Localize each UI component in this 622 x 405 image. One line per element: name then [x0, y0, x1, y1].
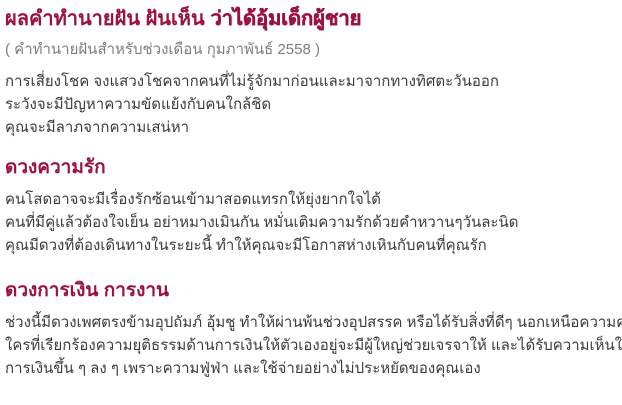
text-line: ใครที่เรียกร้องความยุติธรรมด้านการเงินให… — [5, 334, 616, 357]
text-line: ช่วงนี้มีดวงเพศตรงข้ามอุปถัมภ์ อุ้มชู ทำ… — [5, 311, 616, 334]
text-line: การเสี่ยงโชค จงแสวงโชคจากคนที่ไม่รู้จักม… — [5, 70, 616, 93]
text-line: คุณจะมีลาภจากความเสน่หา — [5, 116, 616, 139]
text-line: การเงินขึ้น ๆ ลง ๆ เพราะความฟู่ฟ่า และใช… — [5, 357, 616, 380]
section-heading-money-work: ดวงการเงิน การงาน — [5, 279, 616, 303]
section-heading-love: ดวงความรัก — [5, 156, 616, 180]
section-general-luck: การเสี่ยงโชค จงแสวงโชคจากคนที่ไม่รู้จักม… — [5, 70, 616, 139]
section-money-work: ช่วงนี้มีดวงเพศตรงข้ามอุปถัมภ์ อุ้มชู ทำ… — [5, 311, 616, 380]
text-line: ระวังจะมีปัญหาความขัดแย้งกับคนใกล้ชิด — [5, 93, 616, 116]
section-love: คนโสดอาจจะมีเรื่องรักซ้อนเข้ามาสอดแทรกให… — [5, 188, 616, 257]
page-title-dream-subject: ว่าได้อุ้มเด็กผู้ชาย — [210, 8, 361, 30]
text-line: คนที่มีคู่แล้วต้องใจเย็น อย่าหมางเมินกัน… — [5, 211, 616, 234]
text-line: คุณมีดวงที่ต้องเดินทางในระยะนี้ ทำให้คุณ… — [5, 234, 616, 257]
page-subtitle: ( คำทำนายฝันสำหรับช่วงเดือน กุมภาพันธ์ 2… — [5, 41, 616, 59]
page-title-prefix: ผลคำทำนายฝัน ฝันเห็น — [5, 8, 205, 30]
dream-interpretation-page: ผลคำทำนายฝัน ฝันเห็น ว่าได้อุ้มเด็กผู้ชา… — [0, 0, 622, 405]
text-line: คนโสดอาจจะมีเรื่องรักซ้อนเข้ามาสอดแทรกให… — [5, 188, 616, 211]
page-title: ผลคำทำนายฝัน ฝันเห็น ว่าได้อุ้มเด็กผู้ชา… — [5, 6, 616, 32]
